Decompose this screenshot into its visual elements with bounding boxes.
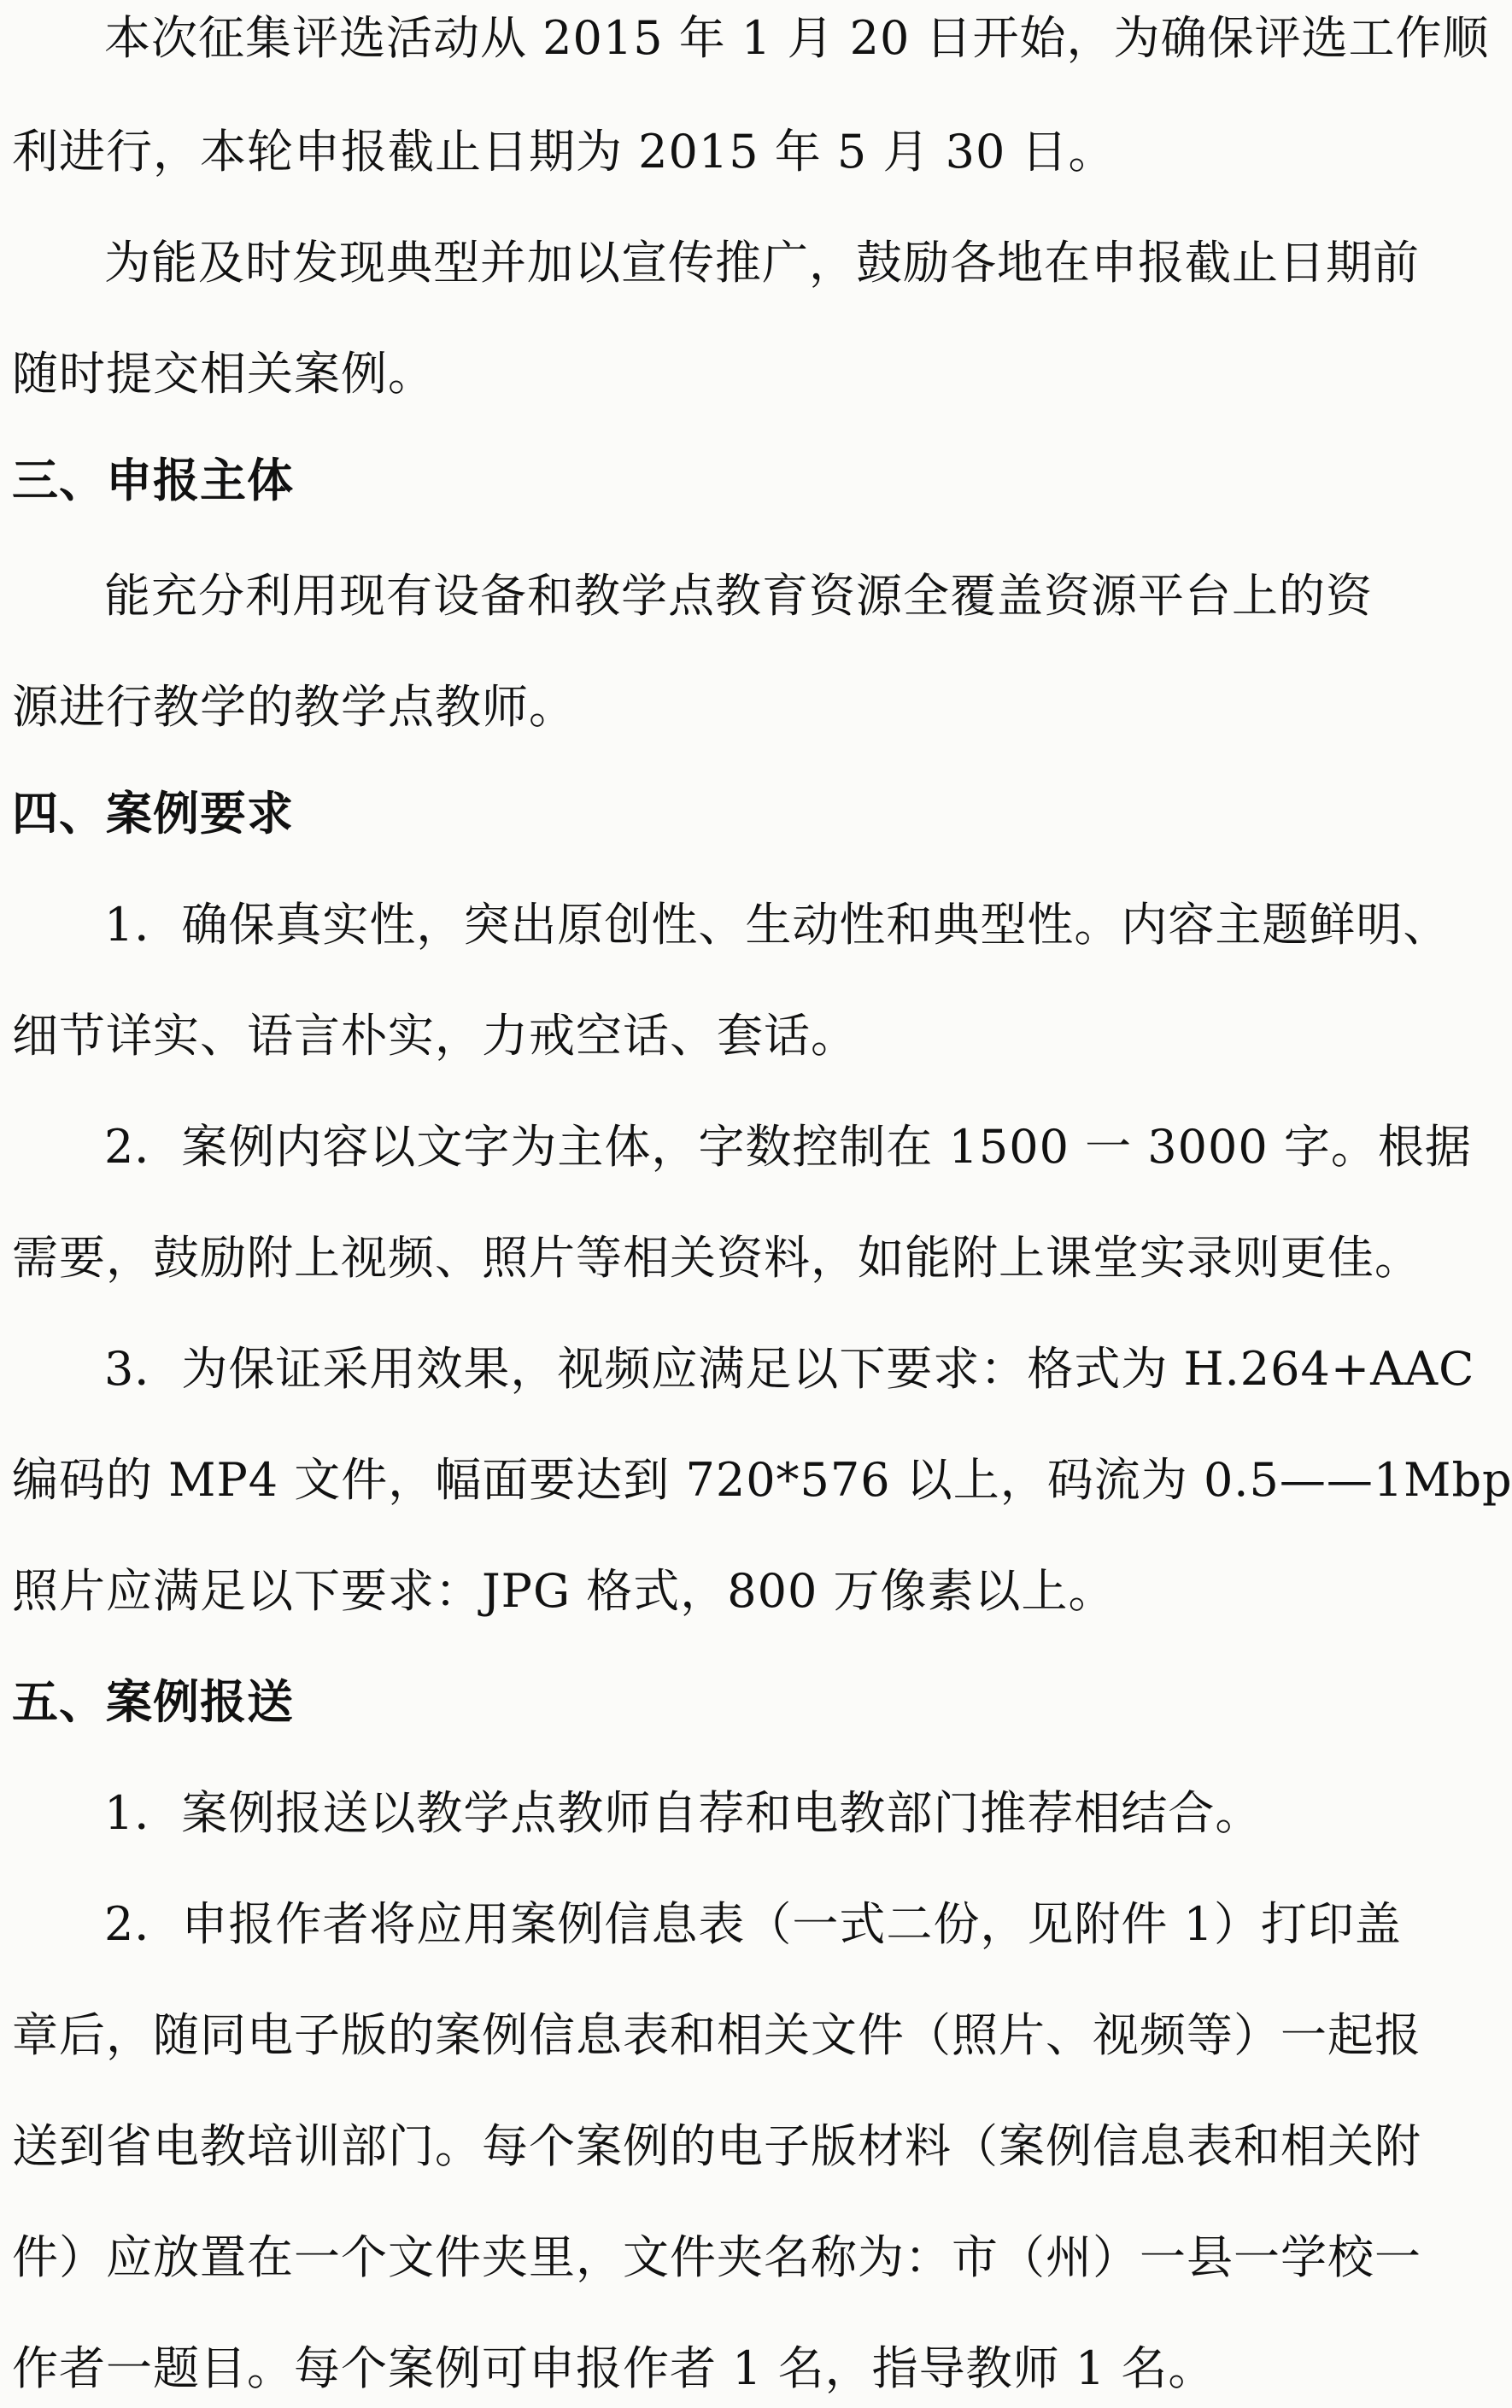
paragraph-line: 编码的 MP4 文件，幅面要达到 720*576 以上，码流为 0.5——1Mb… — [12, 1450, 1495, 1510]
paragraph-line: 1．案例报送以教学点教师自荐和电教部门推荐相结合。 — [104, 1784, 1495, 1843]
paragraph-line: 1．确保真实性，突出原创性、生动性和典型性。内容主题鲜明、 — [104, 895, 1495, 955]
paragraph-line: 2．案例内容以文字为主体，字数控制在 1500 一 3000 字。根据 — [104, 1117, 1495, 1177]
paragraph-line: 需要，鼓励附上视频、照片等相关资料，如能附上课堂实录则更佳。 — [12, 1228, 1495, 1288]
paragraph-line: 能充分利用现有设备和教学点教育资源全覆盖资源平台上的资 — [104, 566, 1495, 626]
paragraph-line: 2．申报作者将应用案例信息表（一式二份，见附件 1）打印盖 — [104, 1895, 1495, 1954]
paragraph-line: 件）应放置在一个文件夹里，文件夹名称为：市（州）一县一学校一 — [12, 2228, 1495, 2288]
section-heading-5: 五、案例报送 — [12, 1673, 1495, 1732]
paragraph-line: 照片应满足以下要求：JPG 格式，800 万像素以上。 — [12, 1561, 1495, 1621]
section-heading-4: 四、案例要求 — [12, 784, 1495, 844]
scanned-document-page: 本次征集评选活动从 2015 年 1 月 20 日开始，为确保评选工作顺 利进行… — [0, 0, 1512, 2408]
paragraph-line: 利进行，本轮申报截止日期为 2015 年 5 月 30 日。 — [12, 122, 1495, 182]
paragraph-line: 章后，随同电子版的案例信息表和相关文件（照片、视频等）一起报 — [12, 2006, 1495, 2065]
paragraph-line: 3．为保证采用效果，视频应满足以下要求：格式为 H.264+AAC — [104, 1339, 1495, 1399]
paragraph-line: 细节详实、语言朴实，力戒空话、套话。 — [12, 1006, 1495, 1066]
paragraph-line: 送到省电教培训部门。每个案例的电子版材料（案例信息表和相关附 — [12, 2117, 1495, 2177]
paragraph-line: 作者一题目。每个案例可申报作者 1 名，指导教师 1 名。 — [12, 2339, 1495, 2399]
paragraph-line: 本次征集评选活动从 2015 年 1 月 20 日开始，为确保评选工作顺 — [104, 9, 1495, 68]
section-heading-3: 三、申报主体 — [12, 451, 1495, 511]
paragraph-line: 随时提交相关案例。 — [12, 344, 1495, 404]
paragraph-line: 为能及时发现典型并加以宣传推广，鼓励各地在申报截止日期前 — [104, 233, 1495, 293]
paragraph-line: 源进行教学的教学点教师。 — [12, 677, 1495, 737]
